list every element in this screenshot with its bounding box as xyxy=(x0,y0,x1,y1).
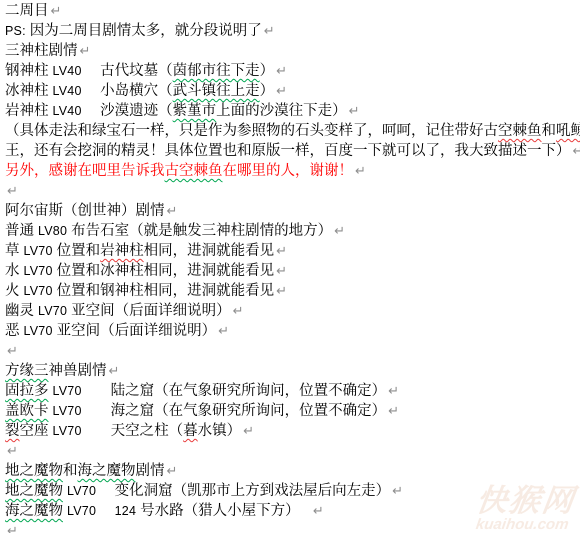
text-segment: 海之魔物 xyxy=(78,463,136,479)
text-segment: 另外，感谢在吧里告诉我 xyxy=(5,163,165,179)
text-line: 岩神柱 LV40 沙漠遗迹（紫堇市上面的沙漠往下走）↵ xyxy=(5,101,580,121)
text-segment: （具体走法和绿宝石一样，只是作为参照物的石头变样了，呵呵，记住带好古 xyxy=(5,123,498,139)
text-segment: ） xyxy=(260,83,275,99)
text-segment: LV40 xyxy=(53,84,82,98)
text-segment: 三神柱剧情 xyxy=(5,43,78,59)
text-segment: 124 xyxy=(115,504,136,518)
text-line: 王，还有会挖洞的精灵！具体位置也和原版一样，百度一下就可以了，我大致描述一下）↵ xyxy=(5,141,580,161)
text-segment: 钢神柱 xyxy=(5,63,53,79)
document-page: 二周目↵PS: 因为二周目剧情太多，就分段说明了↵三神柱剧情↵钢神柱 LV40 … xyxy=(0,0,580,533)
text-segment: 茵郁市往下走 xyxy=(173,63,260,79)
text-segment: 王，还有会挖洞的精灵！具体位置也和原版一样，百度一下就可以了，我大致描述一下） xyxy=(5,143,571,159)
text-line: ↵ xyxy=(5,341,580,361)
text-segment: 海之窟（在气象研究所询问，位置不确定） xyxy=(82,403,387,419)
paragraph-mark-icon: ↵ xyxy=(231,304,244,319)
paragraph-mark-icon: ↵ xyxy=(274,264,287,279)
text-segment: PS: xyxy=(5,24,26,38)
paragraph-mark-icon: ↵ xyxy=(311,504,324,519)
text-line: 草 LV70 位置和岩神柱相同，进洞就能看见↵ xyxy=(5,241,580,261)
text-segment: LV70 xyxy=(24,264,53,278)
text-segment: LV70 xyxy=(53,424,82,438)
text-segment: 普通 xyxy=(5,223,38,239)
text-segment: 暮 xyxy=(183,423,198,439)
text-segment: LV70 xyxy=(67,504,96,518)
text-segment: 固拉多 xyxy=(5,383,49,399)
text-segment: 沙漠遗迹（ xyxy=(82,103,173,119)
text-segment: 岩神柱 xyxy=(5,103,53,119)
text-segment: LV70 xyxy=(24,244,53,258)
text-segment: 冰神柱 xyxy=(5,83,53,99)
text-segment: 位置和 xyxy=(53,243,101,259)
text-segment: 和 xyxy=(63,463,78,479)
text-line: 方缘三神兽剧情↵ xyxy=(5,361,580,381)
paragraph-mark-icon: ↵ xyxy=(390,484,403,499)
text-segment: 天空之柱（ xyxy=(82,423,184,439)
text-segment: 武斗镇往上走 xyxy=(173,83,260,99)
text-segment: 和 xyxy=(542,123,557,139)
text-segment: 空棘鱼 xyxy=(498,123,542,139)
text-segment: 地之魔物 xyxy=(5,463,63,479)
text-segment: LV40 xyxy=(53,64,82,78)
paragraph-mark-icon: ↵ xyxy=(5,184,18,199)
text-segment xyxy=(96,503,115,519)
text-segment: 裂 xyxy=(5,423,20,439)
text-segment: 小岛横穴（ xyxy=(82,83,173,99)
text-line: 地之魔物和海之魔物剧情↵ xyxy=(5,461,580,481)
paragraph-mark-icon: ↵ xyxy=(49,4,62,19)
text-line: 另外，感谢在吧里告诉我古空棘鱼在哪里的人，谢谢！↵ xyxy=(5,161,580,181)
text-segment: 陆之窟（在气象研究所询问，位置不确定） xyxy=(82,383,387,399)
text-segment: 因为二周目剧情太多，就分段说明了 xyxy=(26,23,262,39)
paragraph-mark-icon: ↵ xyxy=(241,424,254,439)
paragraph-mark-icon: ↵ xyxy=(274,244,287,259)
document-body: 二周目↵PS: 因为二周目剧情太多，就分段说明了↵三神柱剧情↵钢神柱 LV40 … xyxy=(5,1,580,533)
text-segment: 二周目 xyxy=(5,3,49,19)
text-line: 海之魔物 LV70 124 号水路（猎人小屋下方） ↵ xyxy=(5,501,580,521)
text-line: 钢神柱 LV40 古代坟墓（茵郁市往下走）↵ xyxy=(5,61,580,81)
text-segment: 空座 xyxy=(20,423,53,439)
text-line: 冰神柱 LV40 小岛横穴（武斗镇往上走）↵ xyxy=(5,81,580,101)
text-segment: 岩神柱 xyxy=(100,243,144,259)
text-line: 地之魔物 LV70 变化洞窟（凯那市上方到戏法屋后向左走）↵ xyxy=(5,481,580,501)
text-segment: 水镇） xyxy=(198,423,242,439)
text-line: 普通 LV80 布告石室（就是触发三神柱剧情的地方）↵ xyxy=(5,221,580,241)
paragraph-mark-icon: ↵ xyxy=(347,104,360,119)
text-segment: 神兽剧情 xyxy=(49,363,107,379)
text-segment: 亚空间（后面详细说明） xyxy=(53,323,217,339)
paragraph-mark-icon: ↵ xyxy=(274,64,287,79)
paragraph-mark-icon: ↵ xyxy=(5,524,18,533)
text-line: 盖欧卡 LV70 海之窟（在气象研究所询问，位置不确定）↵ xyxy=(5,401,580,421)
paragraph-mark-icon: ↵ xyxy=(353,164,366,179)
paragraph-mark-icon: ↵ xyxy=(5,444,18,459)
text-segment: 吼鲸 xyxy=(556,123,580,139)
text-segment: LV70 xyxy=(24,284,53,298)
text-line: （具体走法和绿宝石一样，只是作为参照物的石头变样了，呵呵，记住带好古空棘鱼和吼鲸 xyxy=(5,121,580,141)
paragraph-mark-icon: ↵ xyxy=(386,384,399,399)
text-line: ↵ xyxy=(5,181,580,201)
text-segment: 海之魔物 xyxy=(5,503,63,519)
text-segment: LV70 xyxy=(38,304,67,318)
text-segment: ） xyxy=(260,63,275,79)
paragraph-mark-icon: ↵ xyxy=(165,204,178,219)
text-segment: 古代坟墓（ xyxy=(82,63,173,79)
text-segment: LV40 xyxy=(53,104,82,118)
paragraph-mark-icon: ↵ xyxy=(107,364,120,379)
text-segment: 古空棘鱼 xyxy=(165,163,223,179)
text-segment: 上面的沙漠往下走） xyxy=(216,103,347,119)
text-segment: 盖欧卡 xyxy=(5,403,49,419)
paragraph-mark-icon: ↵ xyxy=(332,224,345,239)
paragraph-mark-icon: ↵ xyxy=(571,144,580,159)
text-segment: LV70 xyxy=(53,404,82,418)
text-segment: LV70 xyxy=(67,484,96,498)
paragraph-mark-icon: ↵ xyxy=(262,24,275,39)
text-line: 二周目↵ xyxy=(5,1,580,21)
text-line: 三神柱剧情↵ xyxy=(5,41,580,61)
text-line: ↵ xyxy=(5,521,580,533)
text-line: PS: 因为二周目剧情太多，就分段说明了↵ xyxy=(5,21,580,41)
text-segment: 恶 xyxy=(5,323,24,339)
text-segment: 紫堇市 xyxy=(173,103,217,119)
text-line: 恶 LV70 亚空间（后面详细说明）↵ xyxy=(5,321,580,341)
text-line: 裂空座 LV70 天空之柱（暮水镇）↵ xyxy=(5,421,580,441)
paragraph-mark-icon: ↵ xyxy=(165,464,178,479)
paragraph-mark-icon: ↵ xyxy=(274,284,287,299)
paragraph-mark-icon: ↵ xyxy=(216,324,229,339)
text-segment: 布告石室（就是触发三神柱剧情的地方） xyxy=(67,223,332,239)
text-line: 幽灵 LV70 亚空间（后面详细说明）↵ xyxy=(5,301,580,321)
text-segment: 草 xyxy=(5,243,24,259)
text-segment: 相同，进洞就能看见 xyxy=(144,243,275,259)
text-segment: LV70 xyxy=(24,324,53,338)
text-segment: 火 xyxy=(5,283,24,299)
text-segment: 地之魔物 xyxy=(5,483,63,499)
text-segment: 位置和冰神柱相同，进洞就能看见 xyxy=(53,263,275,279)
text-segment: 号水路（猎人小屋下方） xyxy=(136,503,311,519)
text-segment: 阿尔宙斯（创世神）剧情 xyxy=(5,203,165,219)
text-segment: LV70 xyxy=(53,384,82,398)
text-segment: 水 xyxy=(5,263,24,279)
text-line: 固拉多 LV70 陆之窟（在气象研究所询问，位置不确定）↵ xyxy=(5,381,580,401)
text-segment: 变化洞窟（凯那市上方到戏法屋后向左走） xyxy=(96,483,390,499)
text-segment: 幽灵 xyxy=(5,303,38,319)
text-segment: LV80 xyxy=(38,224,67,238)
text-segment: 亚空间（后面详细说明） xyxy=(67,303,231,319)
text-segment: 位置和钢神柱相同，进洞就能看见 xyxy=(53,283,275,299)
text-line: 火 LV70 位置和钢神柱相同，进洞就能看见↵ xyxy=(5,281,580,301)
paragraph-mark-icon: ↵ xyxy=(5,344,18,359)
text-segment: 在哪里的人，谢谢！ xyxy=(223,163,354,179)
text-line: 水 LV70 位置和冰神柱相同，进洞就能看见↵ xyxy=(5,261,580,281)
paragraph-mark-icon: ↵ xyxy=(386,404,399,419)
text-line: 阿尔宙斯（创世神）剧情↵ xyxy=(5,201,580,221)
paragraph-mark-icon: ↵ xyxy=(78,44,91,59)
paragraph-mark-icon: ↵ xyxy=(274,84,287,99)
text-segment: 剧情 xyxy=(136,463,165,479)
text-segment: 方缘三 xyxy=(5,363,49,379)
text-line: ↵ xyxy=(5,441,580,461)
